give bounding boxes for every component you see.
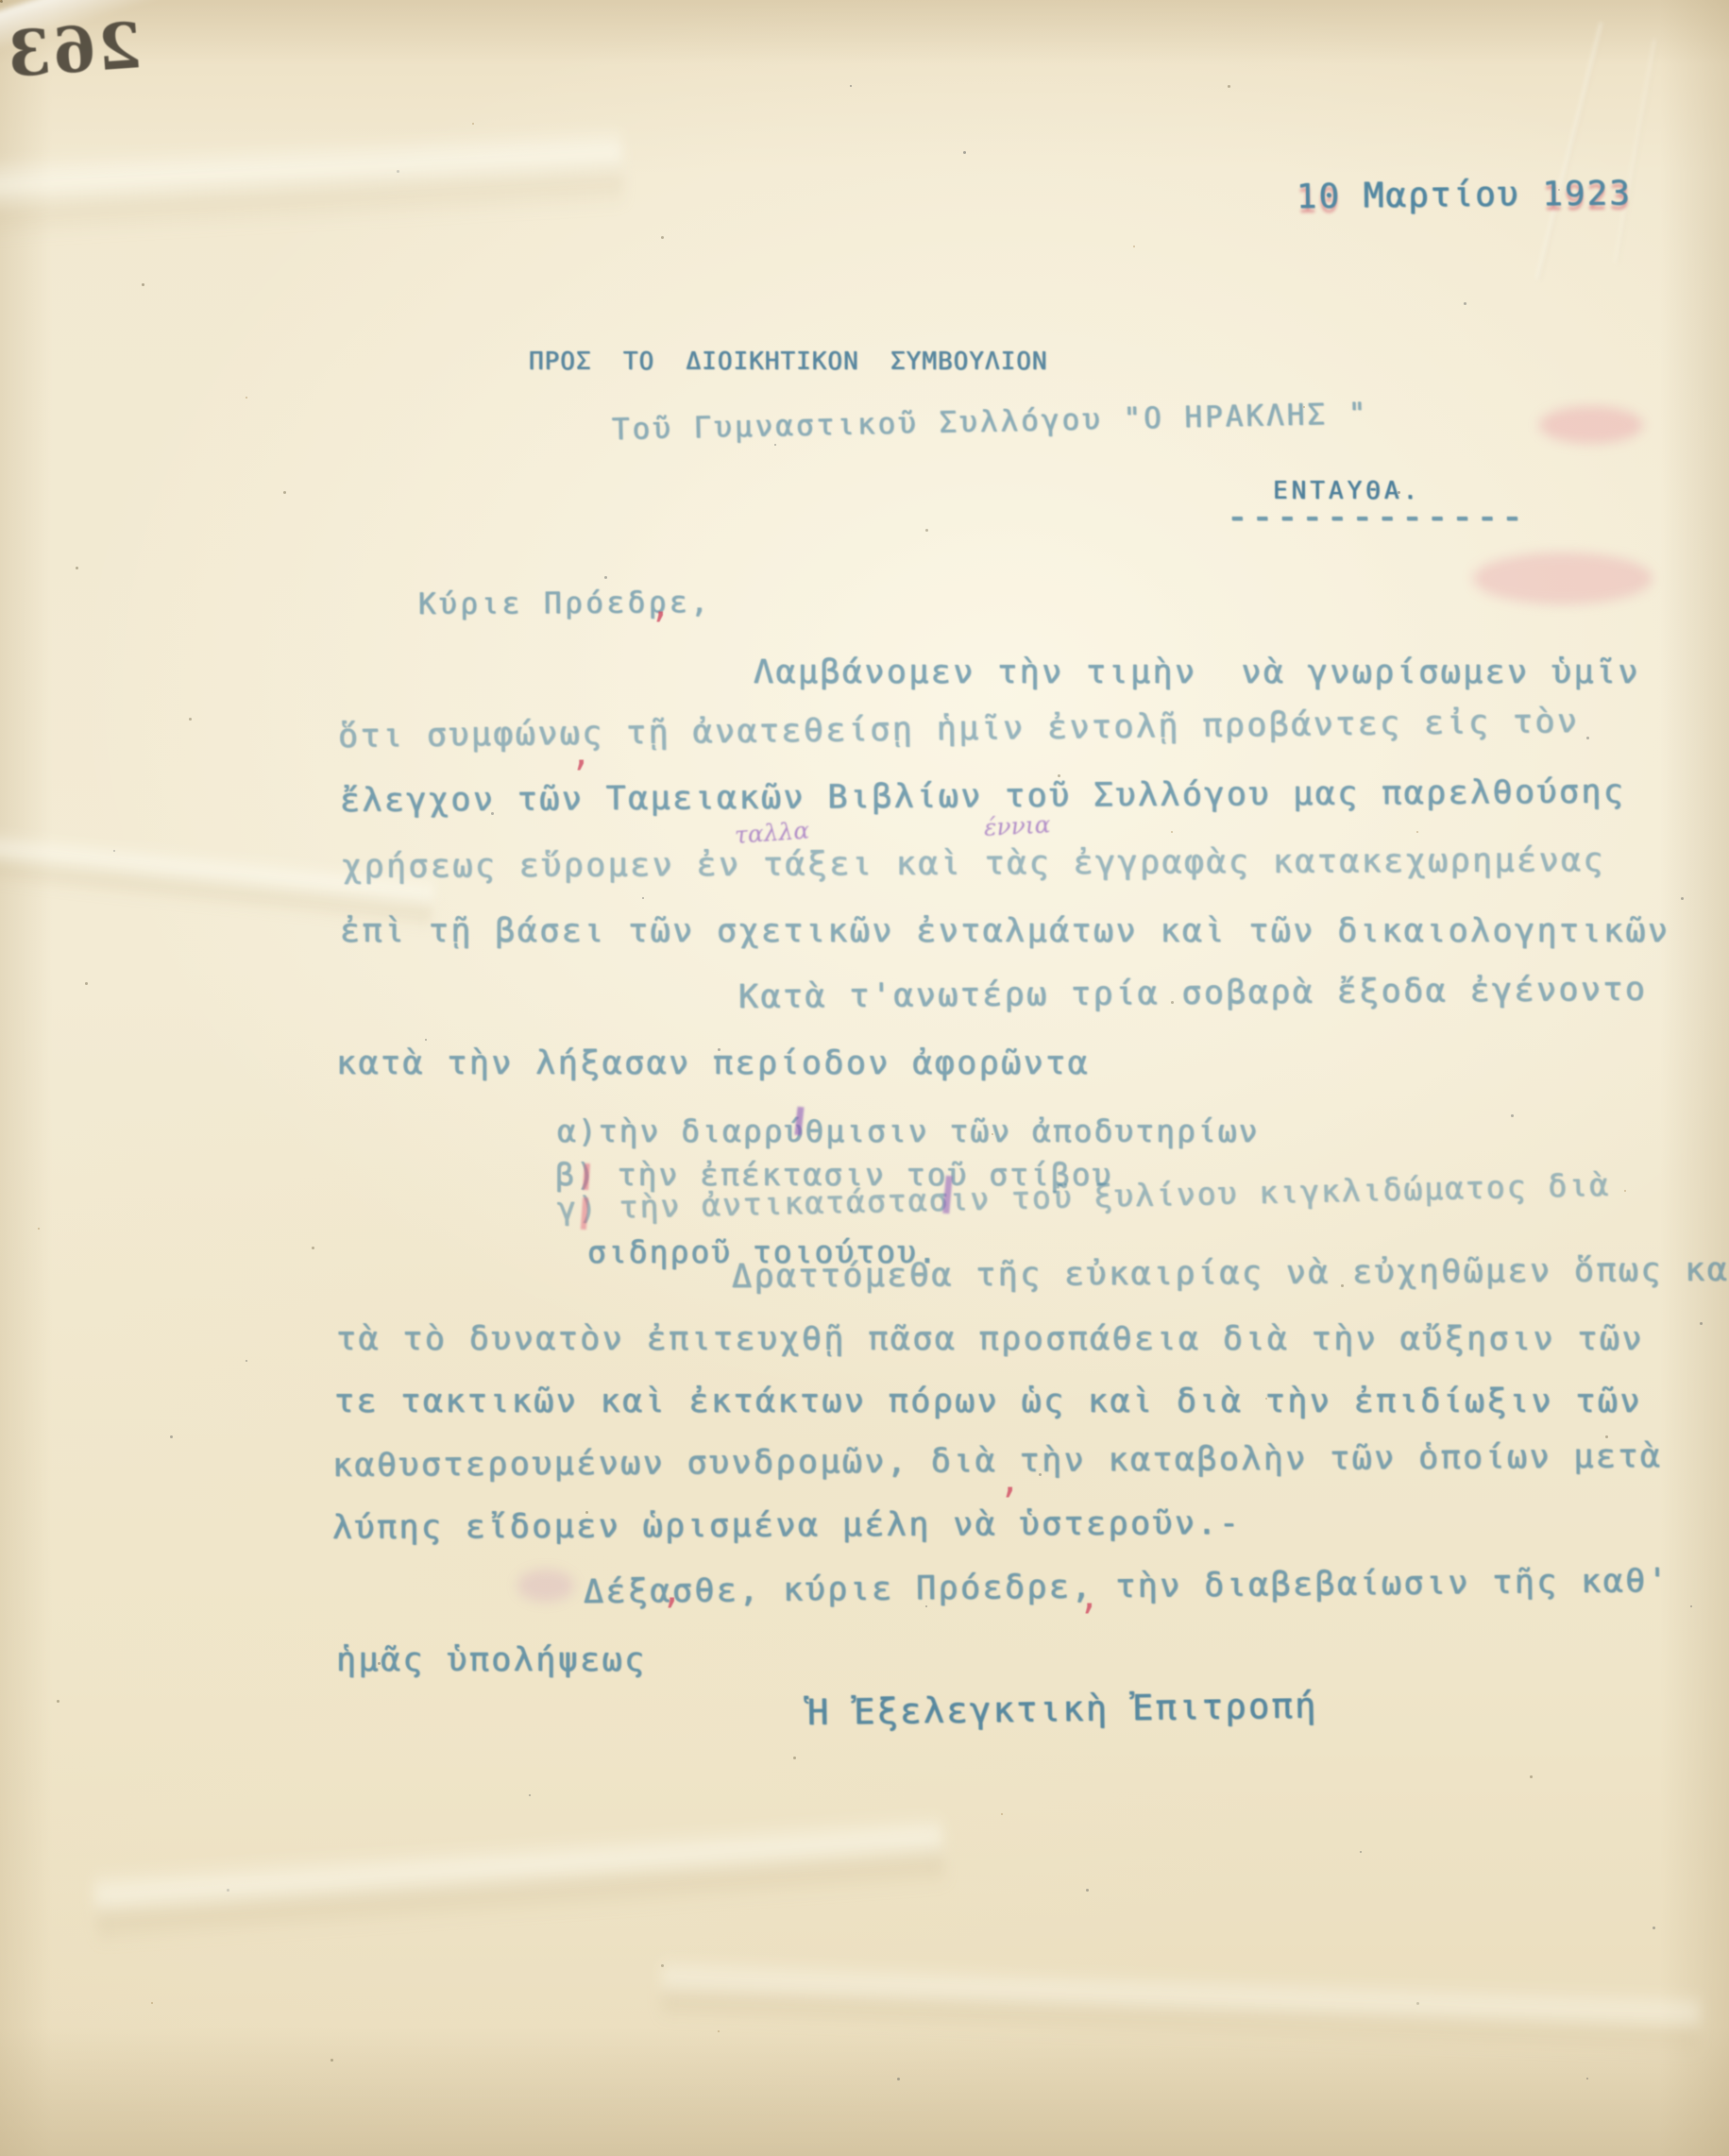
recipient-line-1: ΠΡΟΣ ΤΟ ΔΙΟΙΚΗΤΙΚΟΝ ΣΥΜΒΟΥΛΙΟΝ xyxy=(529,348,1048,376)
paper-crease xyxy=(660,1956,1701,2058)
closing-line: ἡμᾶς ὑπολήψεως xyxy=(336,1641,647,1679)
date-day: 10 xyxy=(1296,178,1341,216)
date-line: 10 Μαρτίου 1923 xyxy=(1206,135,1632,256)
body-line: καθυστερουμένων συνδρομῶν, διὰ τὴν καταβ… xyxy=(332,1437,1663,1485)
body-line: Δραττόμεθα τῆς εὐκαιρίας νὰ εὐχηθῶμεν ὅπ… xyxy=(732,1250,1729,1296)
paper-crease xyxy=(93,1812,945,1947)
pink-ink-smudge xyxy=(1473,552,1653,604)
paper-speckles xyxy=(0,0,2,2)
body-line: τὰ τὸ δυνατὸν ἐπιτευχθῇ πᾶσα προσπάθεια … xyxy=(336,1320,1644,1358)
red-ink-mark: , xyxy=(570,732,592,773)
handwritten-annotation: έννια xyxy=(983,810,1051,841)
list-item: α)τὴν διαρρύθμισιν τῶν ἀποδυτηρίων xyxy=(557,1112,1260,1149)
body-line: τε τακτικῶν καὶ ἐκτάκτων πόρων ὡς καὶ δι… xyxy=(334,1383,1642,1420)
body-line: ὅτι συμφώνως τῇ ἀνατεθείσῃ ἡμῖν ἐντολῇ π… xyxy=(338,703,1580,755)
body-line: Λαμβάνομεν τὴν τιμὴν νὰ γνωρίσωμεν ὑμῖν xyxy=(754,654,1640,691)
paper-crease xyxy=(0,125,625,245)
date-month: Μαρτίου xyxy=(1364,176,1520,216)
letter-page: 263 10 Μαρτίου 1923 ΠΡΟΣ ΤΟ ΔΙΟΙΚΗΤΙΚΟΝ … xyxy=(0,0,1729,2156)
date-year: 1923 xyxy=(1542,174,1632,213)
pink-ink-smudge xyxy=(517,1570,574,1602)
body-line: χρήσεως εὕρομεν ἐν τάξει καὶ τὰς ἐγγραφὰ… xyxy=(342,841,1605,886)
recipient-underline: ------------ xyxy=(1228,502,1528,533)
pink-ink-smudge xyxy=(1539,406,1643,444)
red-ink-comma: , xyxy=(661,1570,683,1611)
closing-line: Δέξασθε, κύριε Πρόεδρε, τὴν διαβεβαίωσιν… xyxy=(584,1562,1670,1611)
recipient-line-2: Τοῦ Γυμναστικοῦ Συλλόγου "Ο ΗΡΑΚΛΗΣ " xyxy=(612,397,1369,447)
handwritten-annotation: ταλλα xyxy=(734,817,810,849)
body-line: κατὰ τὴν λήξασαν περίοδον ἀφορῶντα xyxy=(336,1044,1090,1082)
red-ink-comma: , xyxy=(650,584,671,625)
archive-number-bleedthrough: 263 xyxy=(3,8,144,92)
red-ink-comma: , xyxy=(1078,1575,1100,1617)
body-line: λύπης εἴδομεν ὡρισμένα μέλη νὰ ὑστεροῦν.… xyxy=(332,1504,1242,1547)
body-line: Κατὰ τ'ανωτέρω τρία σοβαρὰ ἔξοδα ἐγένοντ… xyxy=(738,971,1648,1016)
signature-line: Ἡ Ἐξελεγκτικὴ Ἐπιτροπή xyxy=(807,1685,1318,1733)
red-ink-comma: , xyxy=(999,1459,1021,1501)
date-month xyxy=(1341,177,1364,215)
body-line: ἔλεγχον τῶν Ταμειακῶν Βιβλίων τοῦ Συλλόγ… xyxy=(340,772,1626,820)
body-line: ἐπὶ τῇ βάσει τῶν σχετικῶν ἐνταλμάτων καὶ… xyxy=(340,912,1670,950)
recipient-line-3: ΕΝΤΑΥΘΑ. xyxy=(1273,477,1421,505)
